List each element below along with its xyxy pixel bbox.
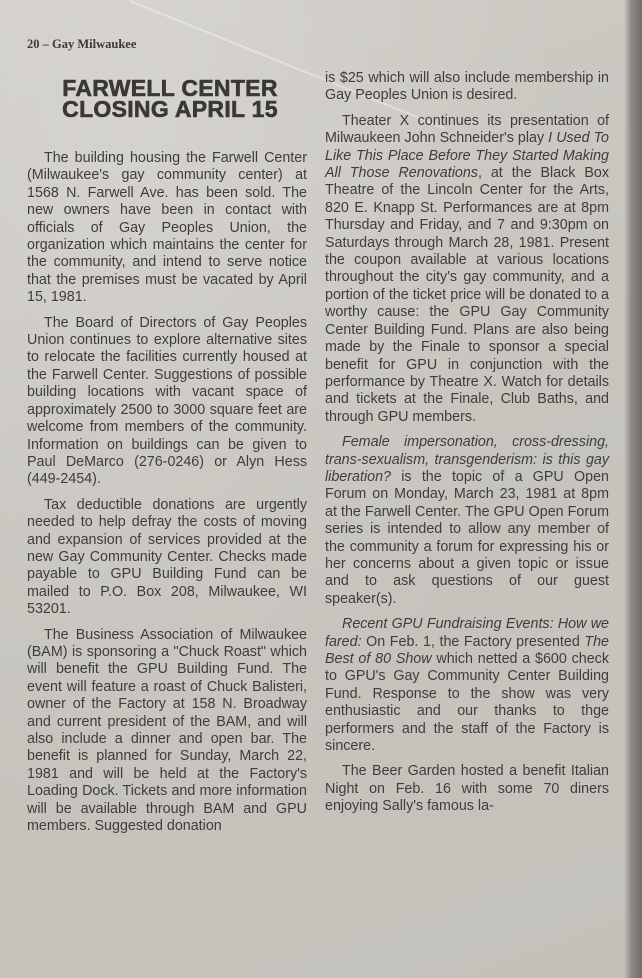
- right-column: is $25 which will also include membershi…: [325, 70, 609, 824]
- paragraph-theater-x: Theater X continues its presentation of …: [325, 113, 609, 426]
- article-headline: FARWELL CENTER CLOSING APRIL 15: [50, 78, 290, 120]
- left-column: The building housing the Farwell Center …: [27, 150, 307, 843]
- headline-line-2: CLOSING APRIL 15: [50, 99, 290, 120]
- paragraph-building-sold: The building housing the Farwell Center …: [27, 150, 307, 307]
- theater-text-b: , at the Black Box Theatre of the Lincol…: [325, 165, 609, 425]
- paragraph-donation-continued: is $25 which will also include membershi…: [325, 70, 609, 105]
- paragraph-donations: Tax deductible donations are urgently ne…: [27, 497, 307, 619]
- fundraising-text-a: On Feb. 1, the Factory presented: [362, 634, 585, 650]
- running-head: 20 – Gay Milwaukee: [27, 37, 136, 52]
- paragraph-open-forum: Female impersonation, cross-dressing, tr…: [325, 434, 609, 608]
- paragraph-fundraising-events: Recent GPU Fundraising Events: How we fa…: [325, 616, 609, 755]
- newspaper-page: 20 – Gay Milwaukee FARWELL CENTER CLOSIN…: [0, 0, 642, 978]
- page-edge-shadow: [624, 0, 642, 978]
- paragraph-beer-garden: The Beer Garden hosted a benefit Italian…: [325, 763, 609, 815]
- paragraph-board-relocation: The Board of Directors of Gay Peoples Un…: [27, 315, 307, 489]
- forum-text: is the topic of a GPU Open Forum on Mond…: [325, 469, 609, 607]
- paragraph-chuck-roast: The Business Association of Milwaukee (B…: [27, 627, 307, 836]
